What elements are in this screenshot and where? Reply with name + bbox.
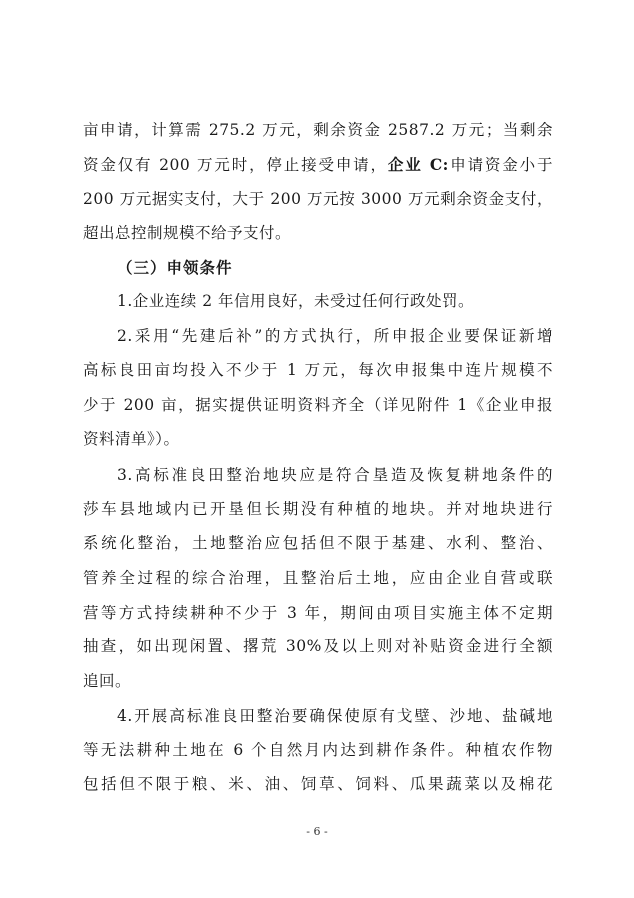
item-4-line: 4.开展高标准良田整治要确保使原有戈壁、沙地、盐碱地 <box>117 704 553 728</box>
item-3-line: 追回。 <box>83 669 553 693</box>
item-2-line: 2.采用“先建后补”的方式执行，所申报企业要保证新增 <box>117 324 553 348</box>
enterprise-c-label: 企业 C: <box>388 155 449 174</box>
item-3-line: 3.高标准良田整治地块应是符合垦造及恢复耕地条件的 <box>117 463 553 487</box>
line-text: 资金仅有 200 万元时，停止接受申请， <box>83 156 388 174</box>
item-4-line: 等无法耕种土地在 6 个自然月内达到耕作条件。种植农作物 <box>83 738 553 762</box>
paragraph-line: 资金仅有 200 万元时，停止接受申请，企业 C:申请资金小于 <box>83 153 553 177</box>
item-3-line: 营等方式持续耕种不少于 3 年，期间由项目实施主体不定期 <box>83 601 553 625</box>
item-3-line: 管养全过程的综合治理，且整治后土地，应由企业自营或联 <box>83 566 553 590</box>
line-text: 申请资金小于 <box>449 156 553 174</box>
item-1-line: 1.企业连续 2 年信用良好，未受过任何行政处罚。 <box>117 289 553 313</box>
item-2-line: 少于 200 亩，据实提供证明资料齐全（详见附件 1《企业申报 <box>83 393 553 417</box>
paragraph-line: 200 万元据实支付，大于 200 万元按 3000 万元剩余资金支付， <box>83 187 553 211</box>
item-2-line: 资料清单》）。 <box>83 427 553 451</box>
section-heading: （三）申领条件 <box>117 256 233 280</box>
item-2-line: 高标良田亩均投入不少于 1 万元，每次申报集中连片规模不 <box>83 358 553 382</box>
page-number: - 6 - <box>0 825 634 838</box>
item-4-line: 包括但不限于粮、米、油、饲草、饲料、瓜果蔬菜以及棉花 <box>83 772 553 796</box>
paragraph-line: 亩申请，计算需 275.2 万元，剩余资金 2587.2 万元；当剩余 <box>83 118 553 142</box>
document-page: 亩申请，计算需 275.2 万元，剩余资金 2587.2 万元；当剩余 资金仅有… <box>0 0 634 898</box>
item-3-line: 莎车县地域内已开垦但长期没有种植的地块。并对地块进行 <box>83 497 553 521</box>
paragraph-line: 超出总控制规模不给予支付。 <box>83 221 553 245</box>
item-3-line: 抽查，如出现闲置、撂荒 30%及以上则对补贴资金进行全额 <box>83 634 553 658</box>
item-3-line: 系统化整治，土地整治应包括但不限于基建、水利、整治、 <box>83 531 553 555</box>
